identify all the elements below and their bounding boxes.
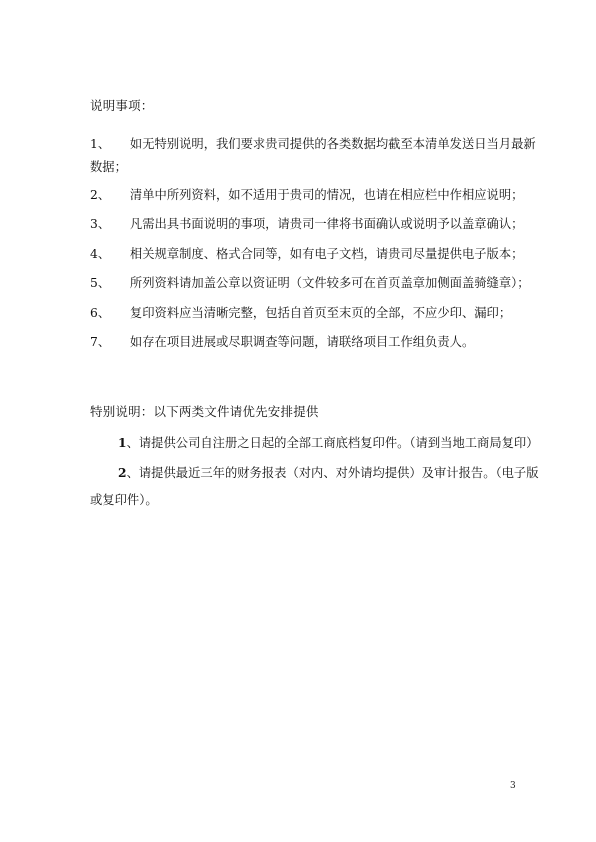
- item-number: 4、: [90, 243, 118, 265]
- item-number: 2: [118, 465, 127, 480]
- item-text: 复印资料应当清晰完整，包括自首页至末页的全部，不应少印、漏印；: [130, 302, 511, 324]
- item-number: 1、: [90, 133, 118, 155]
- item-number: 6、: [90, 302, 118, 324]
- special-item-2-continuation: 或复印件）。: [90, 490, 158, 508]
- item-text: 如存在项目进展或尽职调查等问题，请联络项目工作组负责人。: [130, 331, 474, 353]
- note-item-7: 7、 如存在项目进展或尽职调查等问题，请联络项目工作组负责人。: [90, 331, 520, 353]
- section-title-notes: 说明事项：: [90, 96, 154, 114]
- note-item-1: 1、 如无特别说明，我们要求贵司提供的各类数据均截至本清单发送日当月最新: [90, 133, 520, 155]
- special-item-2: 2、请提供最近三年的财务报表（对内、对外请均提供）及审计报告。（电子版: [118, 463, 548, 481]
- note-item-5: 5、 所列资料请加盖公章以资证明（文件较多可在首页盖章加侧面盖骑缝章）；: [90, 272, 520, 294]
- note-item-4: 4、 相关规章制度、格式合同等，如有电子文档，请贵司尽量提供电子版本；: [90, 243, 520, 265]
- item-text: 请提供最近三年的财务报表（对内、对外请均提供）及审计报告。（电子版: [139, 466, 539, 480]
- item-text: 所列资料请加盖公章以资证明（文件较多可在首页盖章加侧面盖骑缝章）；: [130, 272, 530, 294]
- item-separator: 、: [127, 436, 139, 450]
- item-separator: 、: [127, 466, 139, 480]
- item-number: 5、: [90, 272, 118, 294]
- note-item-3: 3、 凡需出具书面说明的事项，请贵司一律将书面确认或说明予以盖章确认；: [90, 213, 520, 235]
- item-text: 请提供公司自注册之日起的全部工商底档复印件。（请到当地工商局复印）: [139, 436, 539, 450]
- note-item-6: 6、 复印资料应当清晰完整，包括自首页至末页的全部，不应少印、漏印；: [90, 302, 520, 324]
- page-number: 3: [510, 781, 516, 791]
- item-number: 3、: [90, 213, 118, 235]
- note-item-1-continuation: 数据；: [90, 157, 127, 175]
- item-text: 清单中所列资料，如不适用于贵司的情况，也请在相应栏中作相应说明；: [130, 184, 524, 206]
- item-number: 2、: [90, 184, 118, 206]
- item-text: 相关规章制度、格式合同等，如有电子文档，请贵司尽量提供电子版本；: [130, 243, 524, 265]
- section-title-special: 特别说明：以下两类文件请优先安排提供: [90, 402, 319, 420]
- document-page: 说明事项： 1、 如无特别说明，我们要求贵司提供的各类数据均截至本清单发送日当月…: [0, 0, 596, 842]
- special-item-1: 1、请提供公司自注册之日起的全部工商底档复印件。（请到当地工商局复印）: [118, 433, 548, 451]
- item-number: 7、: [90, 331, 118, 353]
- item-number: 1: [118, 435, 127, 450]
- item-text: 凡需出具书面说明的事项，请贵司一律将书面确认或说明予以盖章确认；: [130, 213, 524, 235]
- note-item-2: 2、 清单中所列资料，如不适用于贵司的情况，也请在相应栏中作相应说明；: [90, 184, 520, 206]
- item-text: 如无特别说明，我们要求贵司提供的各类数据均截至本清单发送日当月最新: [130, 133, 536, 155]
